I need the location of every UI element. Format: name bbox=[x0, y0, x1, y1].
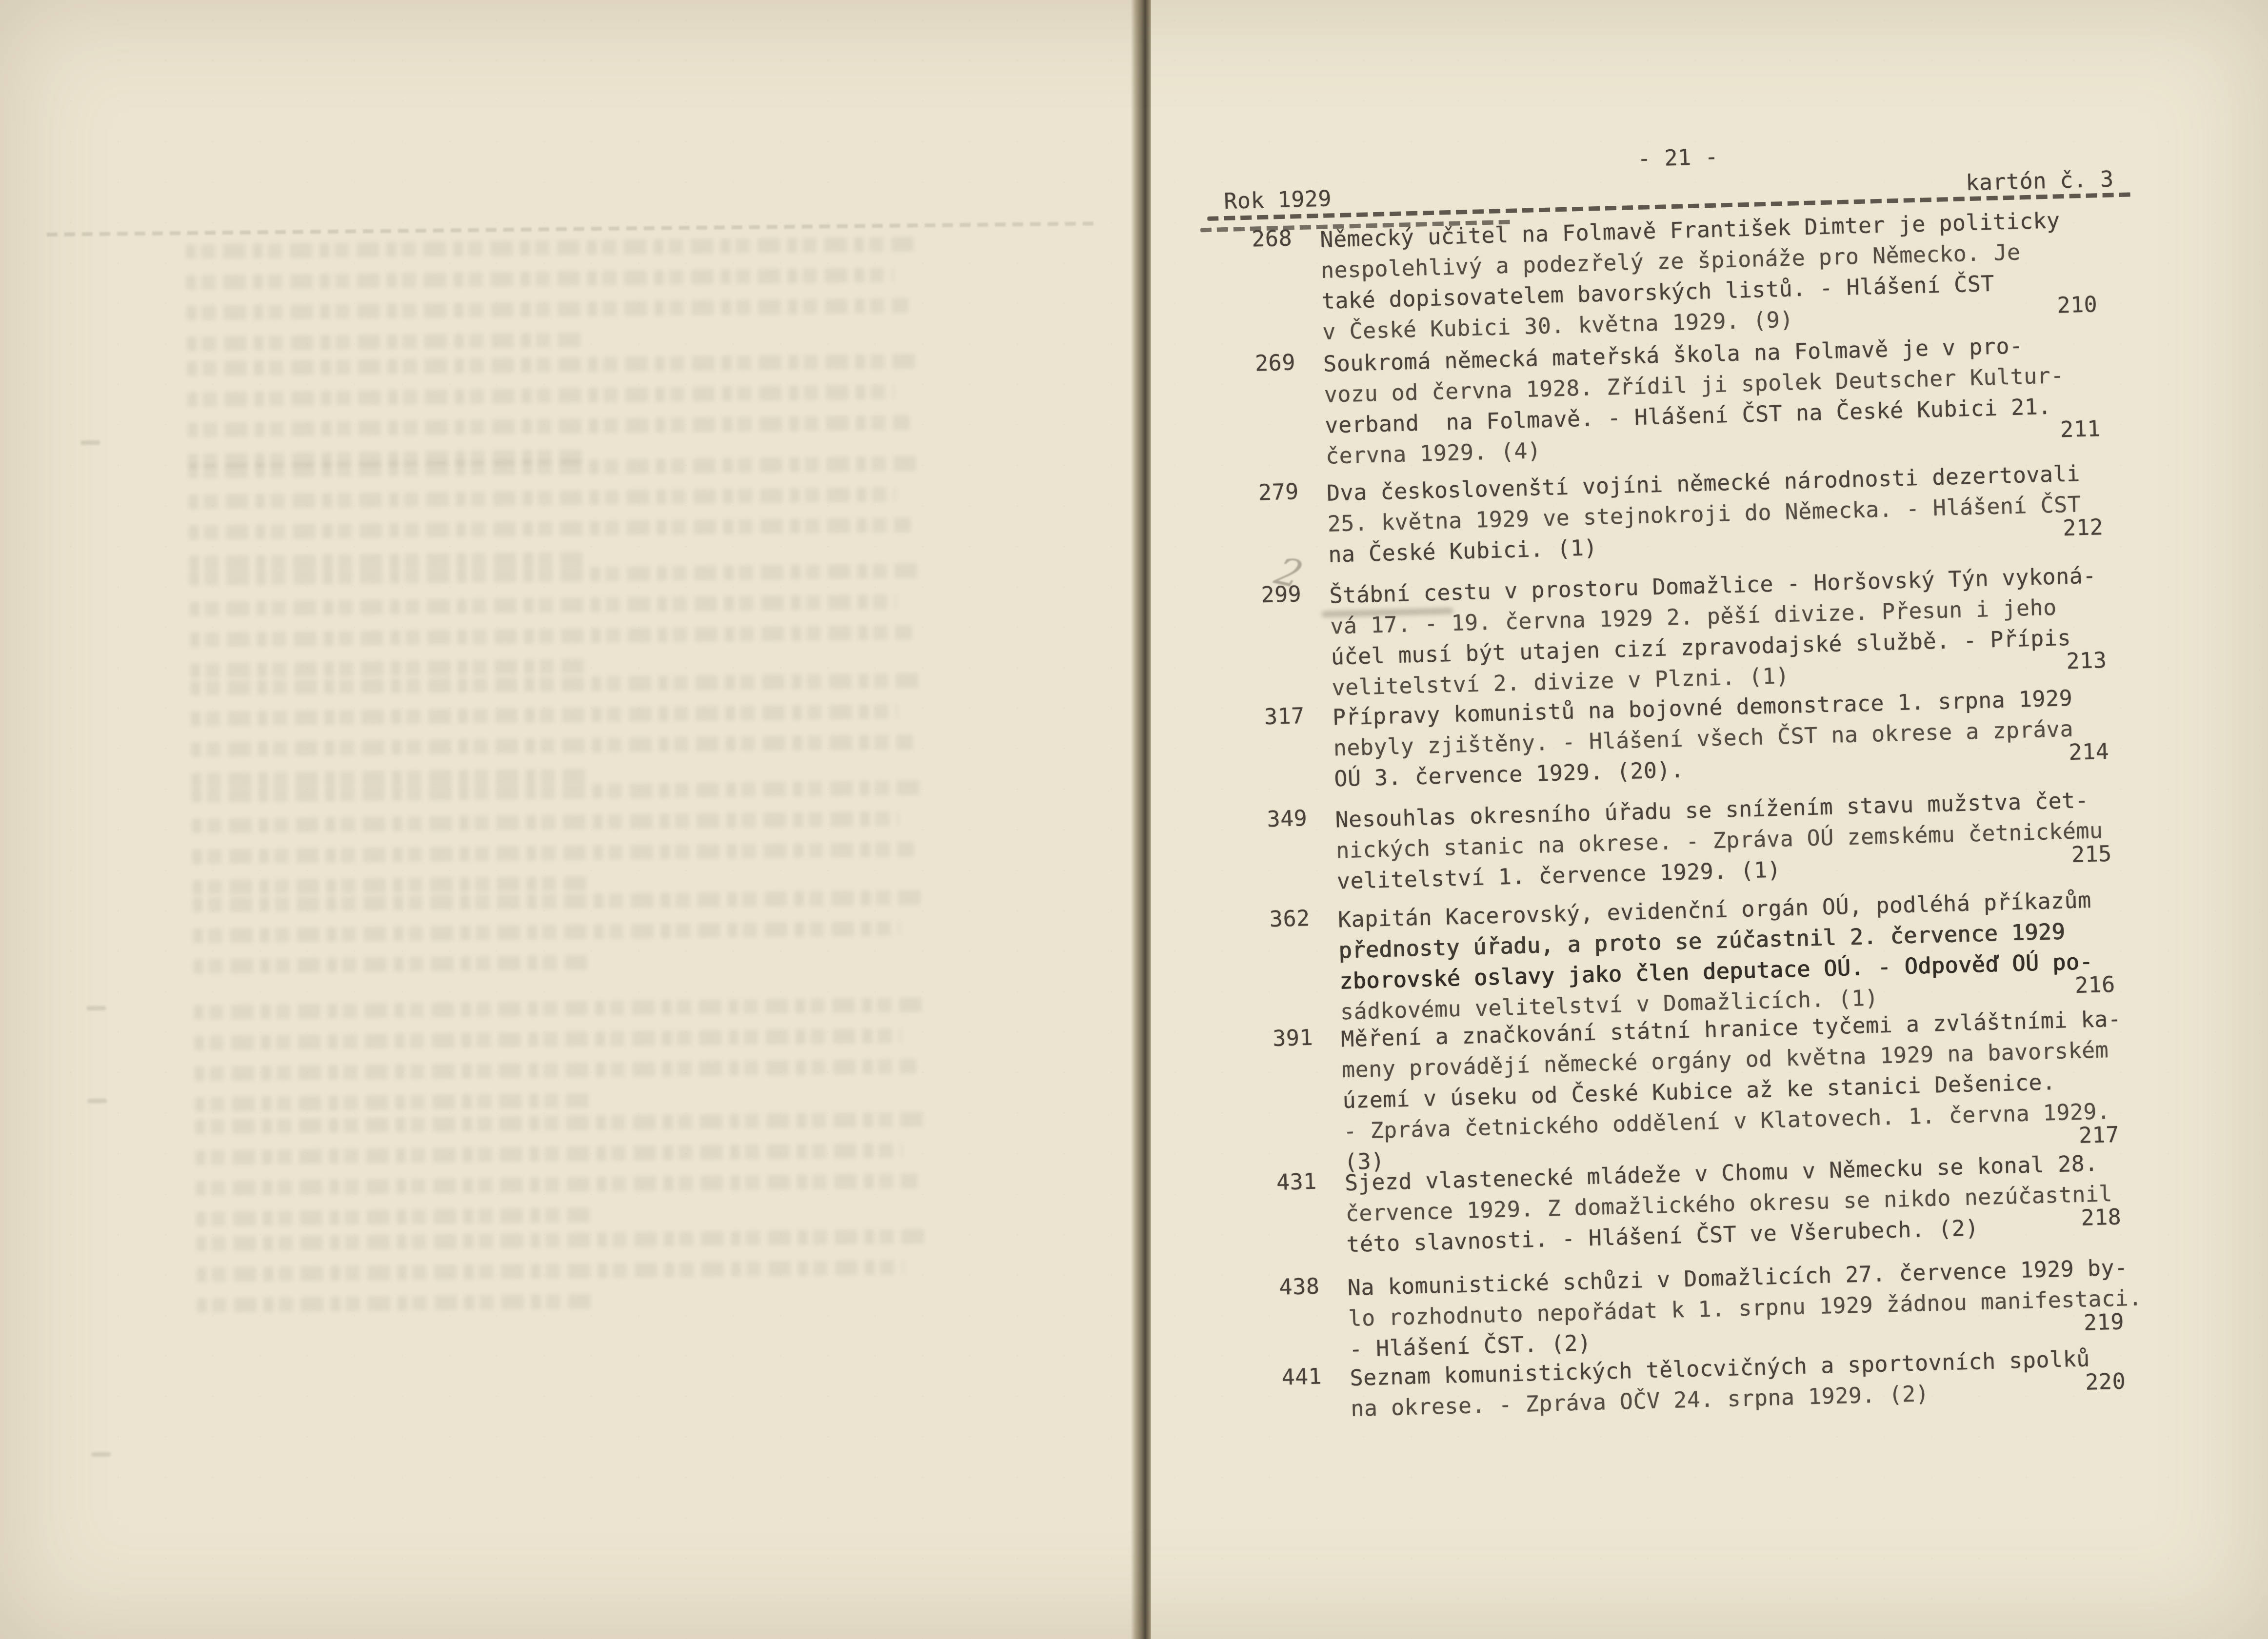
bleedthrough-paragraph bbox=[186, 237, 948, 367]
entry-text: Dva českoslovenští vojíni německé národn… bbox=[1326, 458, 2082, 570]
bleedthrough-margin-mark bbox=[91, 1452, 111, 1457]
bleedthrough-paragraph bbox=[195, 1112, 957, 1243]
archive-book-spread: - 21 - Rok 1929 kartón č. 3 2 268Německý… bbox=[0, 0, 2268, 1639]
entry-ref-number: 210 bbox=[2057, 291, 2098, 318]
entry-text: Přípravy komunistů na bojovné demonstrac… bbox=[1332, 683, 2074, 794]
bleedthrough-text bbox=[0, 0, 1154, 1639]
page-number: - 21 - bbox=[1637, 144, 1719, 172]
entry-text: Soukromá německá mateřská škola na Folma… bbox=[1323, 329, 2066, 472]
entry-text: Sjezd vlastenecké mládeže v Chomu v Něme… bbox=[1344, 1147, 2113, 1260]
entry-number: 269 bbox=[1254, 349, 1295, 376]
bleedthrough-paragraph bbox=[193, 890, 955, 990]
entry-number: 431 bbox=[1276, 1168, 1317, 1195]
entry-number: 349 bbox=[1267, 805, 1308, 832]
entry-ref-number: 218 bbox=[2081, 1204, 2122, 1231]
entry-text: Kapitán Kacerovský, evidenční orgán OÚ, … bbox=[1337, 885, 2094, 1027]
entry-text: Štábní cestu v prostoru Domažlice - Horš… bbox=[1329, 560, 2099, 703]
bleedthrough-dashed-rule bbox=[47, 221, 1100, 237]
entry-ref-number: 213 bbox=[2066, 647, 2107, 674]
year-heading: Rok 1929 bbox=[1224, 185, 1332, 214]
bleedthrough-margin-mark bbox=[80, 440, 100, 445]
entry-number: 391 bbox=[1273, 1025, 1313, 1051]
carton-heading: kartón č. 3 bbox=[1966, 166, 2114, 196]
entry-ref-number: 219 bbox=[2083, 1309, 2124, 1336]
entry-ref-number: 217 bbox=[2078, 1122, 2119, 1148]
entry-text: Německý učitel na Folmavě František Dimt… bbox=[1320, 205, 2063, 347]
entry-ref-number: 212 bbox=[2063, 514, 2104, 541]
entry-ref-number: 220 bbox=[2085, 1368, 2126, 1395]
entry-number: 362 bbox=[1269, 905, 1310, 932]
entry-number: 317 bbox=[1264, 703, 1305, 730]
entry-text: Nesouhlas okresního úřadu se snížením st… bbox=[1335, 784, 2104, 896]
bleedthrough-paragraph bbox=[194, 997, 956, 1128]
bleedthrough-margin-mark bbox=[87, 1099, 107, 1103]
typewritten-content: - 21 - Rok 1929 kartón č. 3 2 268Německý… bbox=[1145, 0, 2268, 1639]
entry-ref-number: 211 bbox=[2060, 415, 2101, 442]
bleedthrough-margin-mark bbox=[86, 1006, 106, 1010]
entry-number: 279 bbox=[1258, 478, 1299, 505]
left-page bbox=[0, 0, 1139, 1639]
right-page: - 21 - Rok 1929 kartón č. 3 2 268Německý… bbox=[1151, 0, 2268, 1639]
bleedthrough-paragraph bbox=[196, 1229, 958, 1329]
entry: 438Na komunistické schůzi v Domažlicích … bbox=[1179, 1247, 2268, 1277]
entry-number: 299 bbox=[1261, 581, 1302, 608]
entry-ref-number: 216 bbox=[2074, 971, 2115, 998]
entry-number: 438 bbox=[1279, 1273, 1320, 1300]
entry-number: 441 bbox=[1281, 1363, 1322, 1390]
entry-number: 268 bbox=[1252, 225, 1293, 252]
entry-ref-number: 214 bbox=[2069, 738, 2109, 765]
entry-ref-number: 215 bbox=[2071, 841, 2112, 868]
